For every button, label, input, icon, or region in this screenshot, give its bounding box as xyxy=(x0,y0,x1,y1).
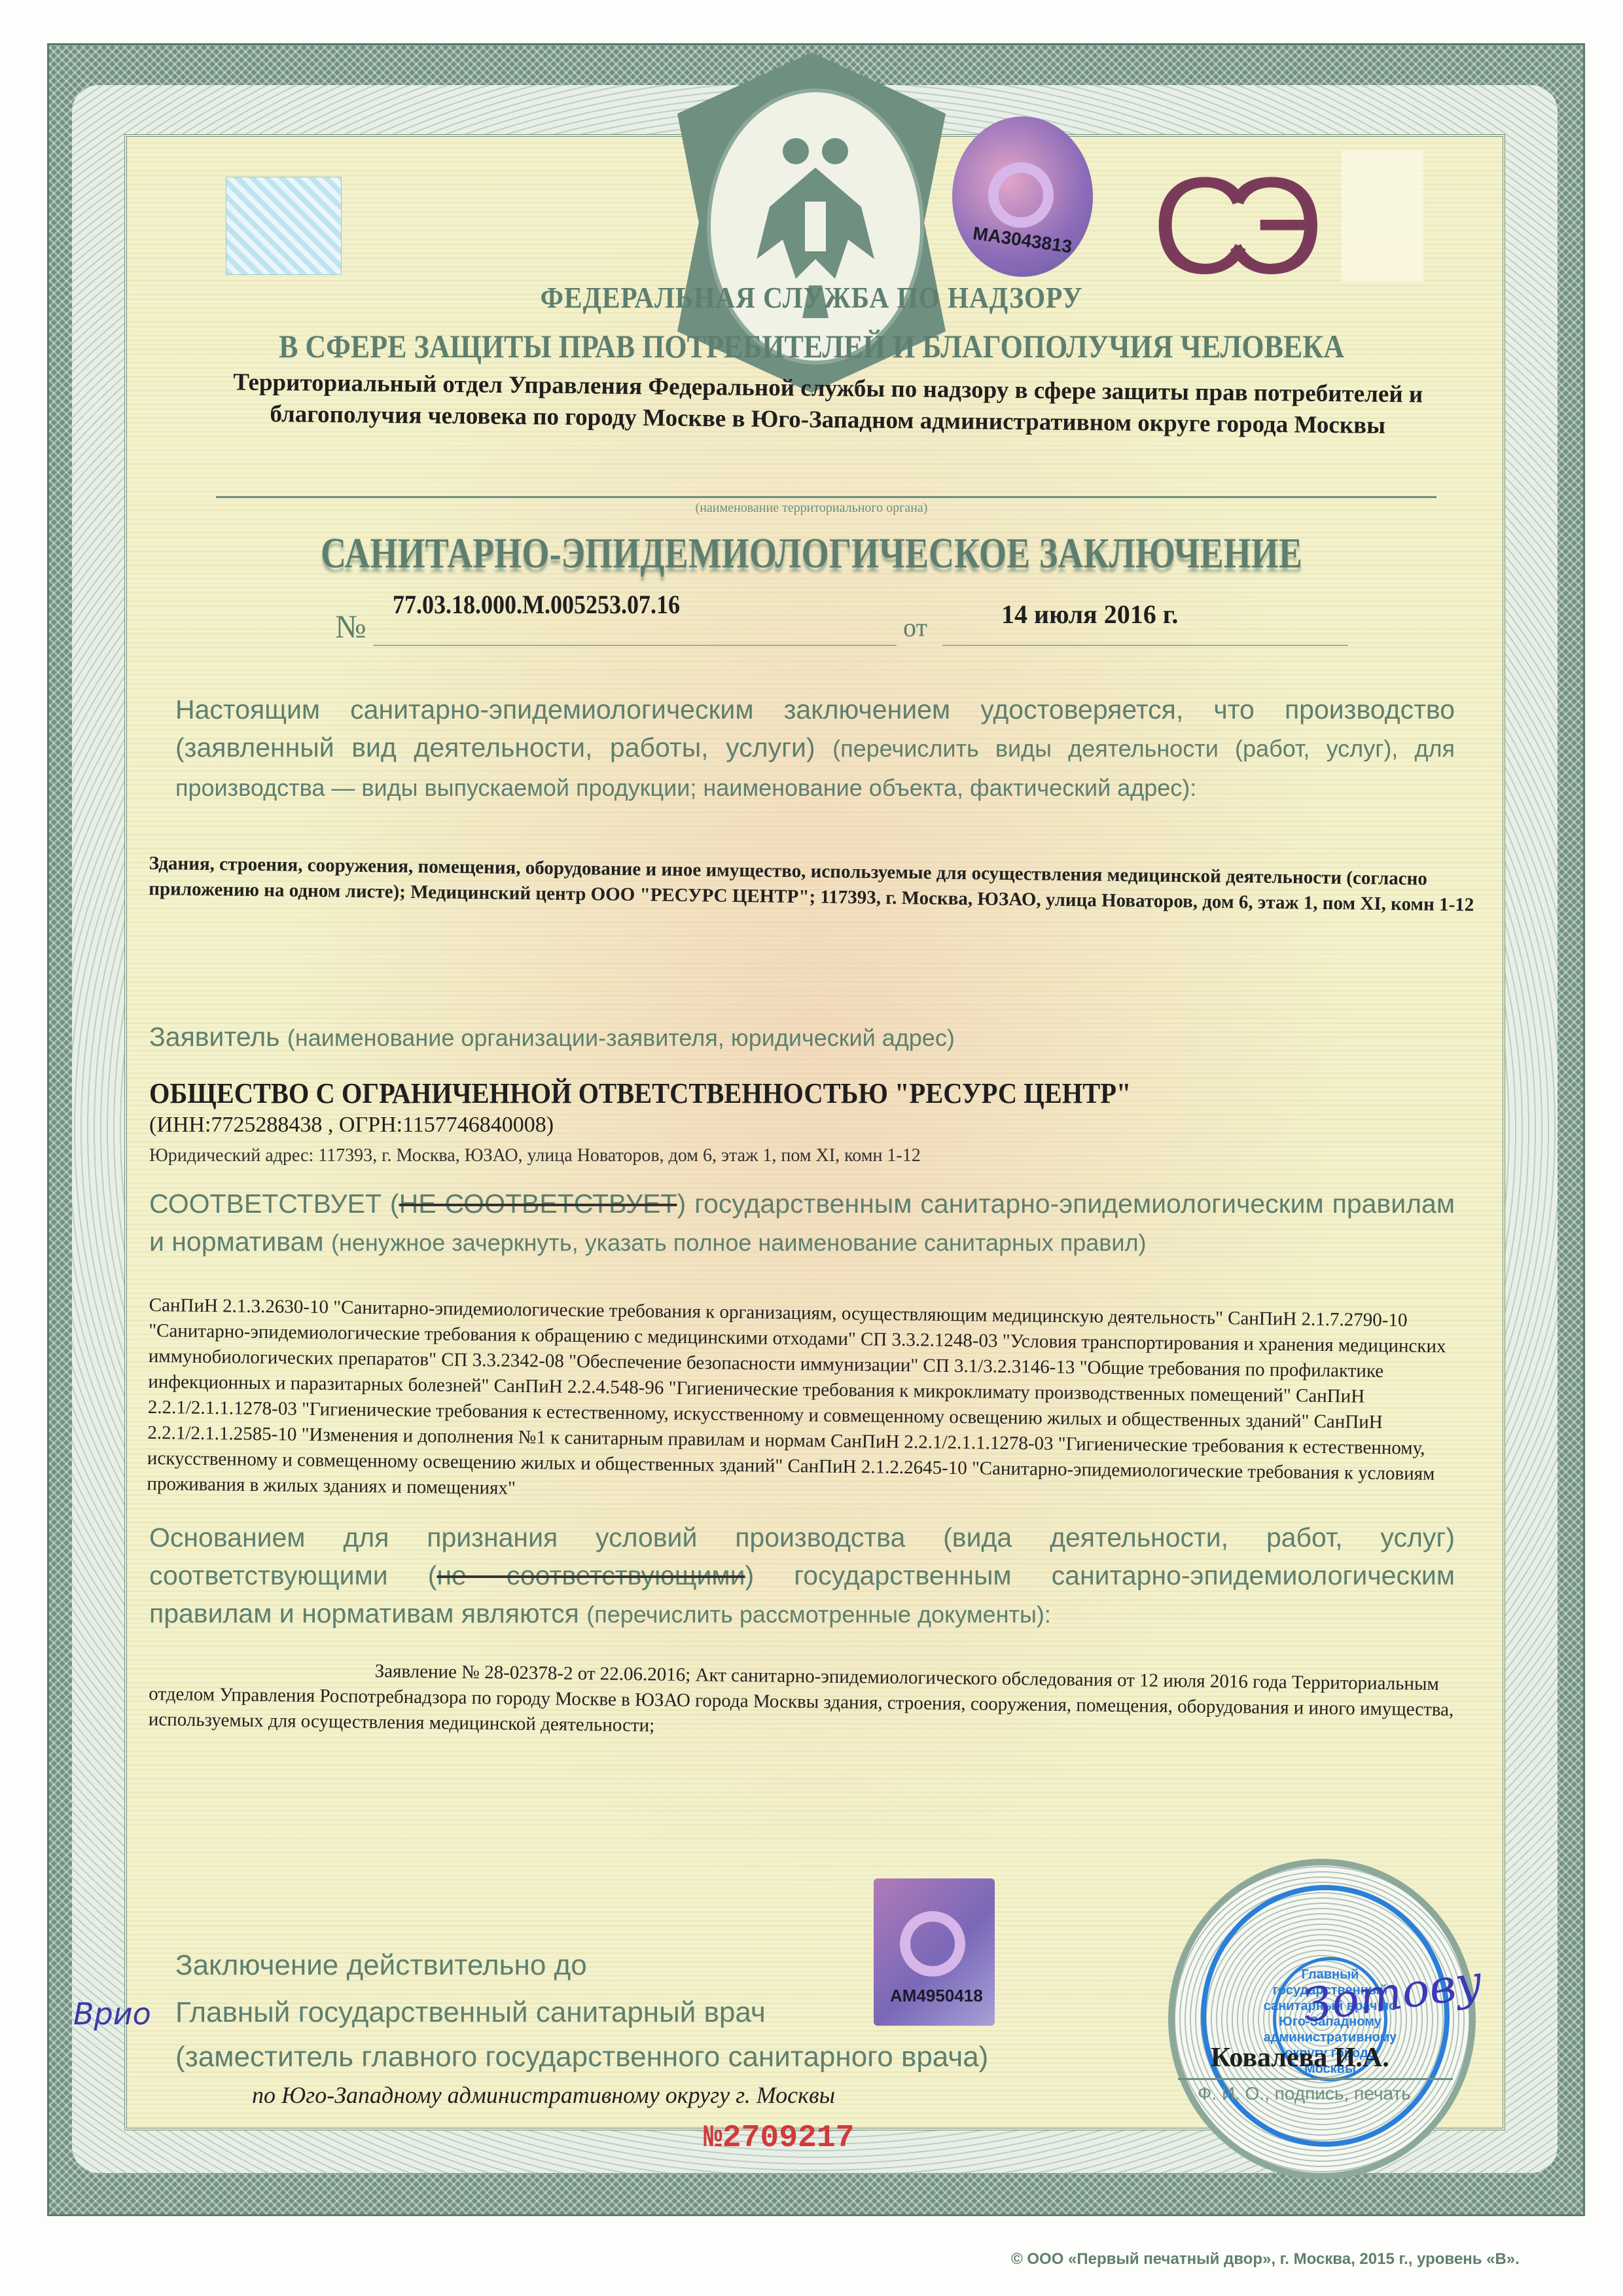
agency-title-line2: В СФЕРЕ ЗАЩИТЫ ПРАВ ПОТРЕБИТЕЛЕЙ И БЛАГО… xyxy=(98,327,1525,365)
se-mark-icon: СЭ xyxy=(1152,157,1296,295)
compliance-status: СООТВЕТСТВУЕТ xyxy=(149,1189,382,1219)
validity-label: Заключение действительно до xyxy=(175,1949,587,1982)
hologram-seal-top: MA3043813 xyxy=(952,117,1093,277)
territorial-body: Территориальный отдел Управления Федерал… xyxy=(187,367,1470,443)
applicant-label: Заявитель xyxy=(149,1022,280,1052)
territorial-rule xyxy=(216,496,1436,498)
hologram-logo-icon xyxy=(900,1911,965,1977)
watermark-area xyxy=(1342,151,1423,281)
double-headed-eagle-emblem-icon xyxy=(707,88,924,365)
basis-note: (перечислить рассмотренные документы): xyxy=(586,1601,1051,1628)
signature-rule xyxy=(1178,2078,1453,2080)
document-number: 77.03.18.000.М.005253.07.16 xyxy=(393,589,680,620)
hologram-seal-bottom: AM4950418 xyxy=(874,1878,995,2026)
signer-name: Ковалева И.А. xyxy=(1211,2042,1389,2073)
compliance-struck: НЕ СООТВЕТСТВУЕТ xyxy=(399,1189,677,1219)
compliance-section: СООТВЕТСТВУЕТ (НЕ СООТВЕТСТВУЕТ) государ… xyxy=(149,1185,1455,1262)
district-line: по Юго-Западному административному округ… xyxy=(252,2081,835,2109)
hologram-logo-icon xyxy=(988,162,1054,228)
hologram-number: AM4950418 xyxy=(890,1986,983,2006)
basis-struck: не соответствующими xyxy=(437,1560,745,1590)
applicant-name: ОБЩЕСТВО С ОГРАНИЧЕННОЙ ОТВЕТСТВЕННОСТЬЮ… xyxy=(149,1077,1131,1110)
regulations-list: СанПиН 2.1.3.2630-10 "Санитарно-эпидемио… xyxy=(147,1293,1478,1513)
agency-title-line1: ФЕДЕРАЛЬНАЯ СЛУЖБА ПО НАДЗОРУ xyxy=(81,280,1542,315)
date-underline xyxy=(942,645,1348,646)
applicant-heading: Заявитель (наименование организации-заяв… xyxy=(149,1018,1393,1057)
signature-caption: Ф. И. О., подпись, печать xyxy=(1198,2083,1411,2104)
applicant-legal-address: Юридический адрес: 117393, г. Москва, ЮЗ… xyxy=(149,1145,921,1166)
handwritten-vrio: Врио xyxy=(73,1996,151,2032)
form-serial-number: №2709217 xyxy=(704,2121,854,2156)
certifies-section: Настоящим санитарно-эпидемиологическим з… xyxy=(175,691,1455,807)
number-underline xyxy=(373,645,897,646)
hologram-number: MA3043813 xyxy=(972,223,1074,258)
document-title: САНИТАРНО-ЭПИДЕМИОЛОГИЧЕСКОЕ ЗАКЛЮЧЕНИЕ xyxy=(146,529,1477,579)
printer-imprint: © ООО «Первый печатный двор», г. Москва,… xyxy=(1011,2250,1520,2269)
document-date: 14 июля 2016 г. xyxy=(1001,599,1178,630)
territorial-caption: (наименование территориального органа) xyxy=(0,501,1623,516)
applicant-note: (наименование организации-заявителя, юри… xyxy=(287,1024,955,1051)
number-label: № xyxy=(335,607,366,645)
security-hologram-strip xyxy=(226,177,342,275)
deputy-title: (заместитель главного государственного с… xyxy=(175,2041,988,2073)
basis-documents: Заявление № 28-02378-2 от 22.06.2016; Ак… xyxy=(149,1656,1471,1749)
date-label: от xyxy=(903,612,927,643)
compliance-note: (ненужное зачеркнуть, указать полное наи… xyxy=(331,1229,1147,1256)
applicant-ids: (ИНН:7725288438 , ОГРН:1157746840008) xyxy=(149,1113,554,1138)
chief-title: Главный государственный санитарный врач xyxy=(175,1996,766,2029)
basis-section: Основанием для признания условий произво… xyxy=(149,1518,1455,1634)
